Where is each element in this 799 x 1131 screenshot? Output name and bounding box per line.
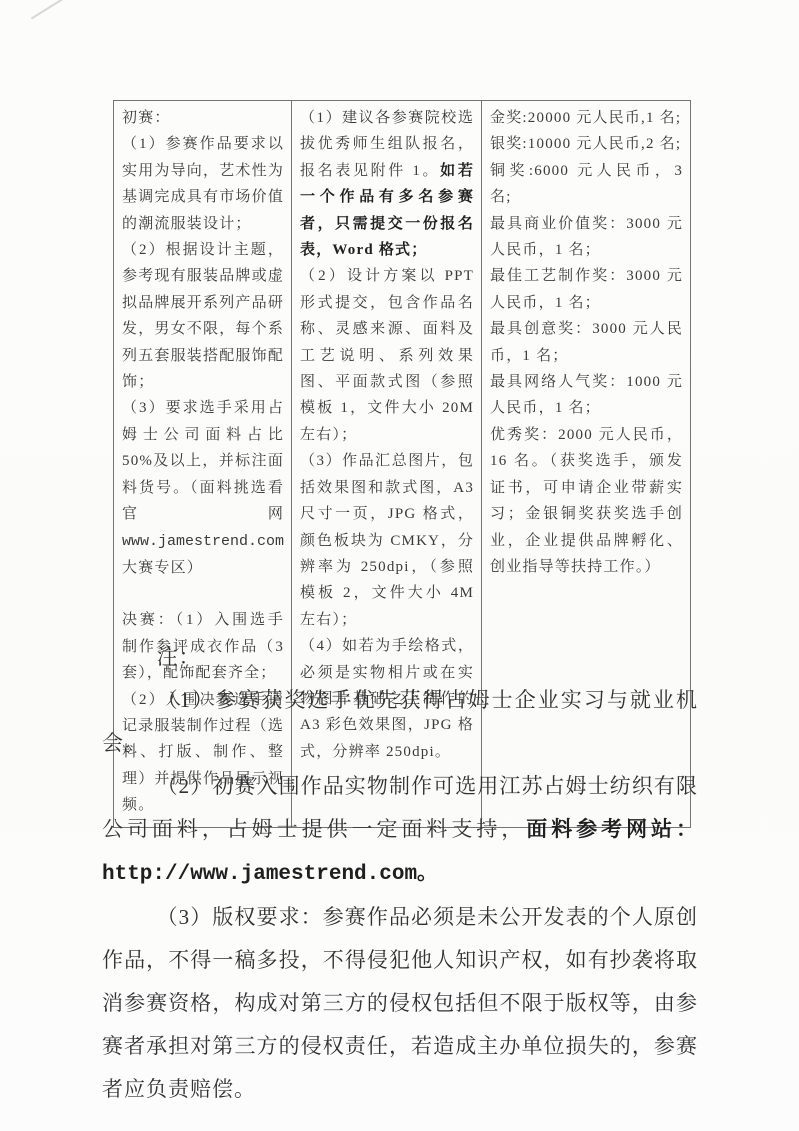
text-run: 铜奖:6000 元人民币，3 名; bbox=[490, 163, 683, 205]
text-run: http://www.jamestrend.com。 bbox=[102, 863, 438, 886]
text-run: 最佳工艺制作奖：3000 元人民币，1 名； bbox=[490, 268, 683, 310]
table-cell-paragraph: 最具创意奖：3000 元人民币，1 名； bbox=[490, 316, 683, 369]
table-cell-paragraph: 初赛： bbox=[122, 105, 284, 131]
text-run: 最具创意奖：3000 元人民币，1 名； bbox=[490, 321, 683, 363]
document-page: 初赛：（1）参赛作品要求以实用为导向，艺术性为基调完成具有市场价值的潮流服装设计… bbox=[0, 0, 799, 1131]
notes-label: 注： bbox=[102, 636, 698, 679]
text-run: （2）根据设计主题，参考现有服装品牌或虚拟品牌展开系列产品研发，男女不限，每个系… bbox=[122, 242, 284, 390]
text-run: 面料参考网站： bbox=[526, 817, 698, 841]
table-cell-paragraph: （1）建议各参赛院校选拔优秀师生组队报名，报名表见附件 1。如若一个作品有多名参… bbox=[300, 105, 474, 263]
table-cell-paragraph: （3）作品汇总图片，包括效果图和款式图，A3 尺寸一页，JPG 格式，颜色板块为… bbox=[300, 448, 474, 633]
text-run: 金奖:20000 元人民币,1 名; bbox=[490, 110, 681, 126]
table-cell-paragraph: （2）设计方案以 PPT 形式提交，包含作品名称、灵感来源、面料及工艺说明、系列… bbox=[300, 263, 474, 448]
table-cell-paragraph: （3）要求选手采用占姆士公司面料占比 50%及以上，并标注面料货号。（面料挑选看… bbox=[122, 395, 284, 581]
note-paragraph: （3）版权要求：参赛作品必须是未公开发表的个人原创作品，不得一稿多投，不得侵犯他… bbox=[102, 896, 698, 1111]
text-run: （3）作品汇总图片，包括效果图和款式图，A3 尺寸一页，JPG 格式，颜色板块为… bbox=[300, 453, 474, 627]
text-run: （3）版权要求：参赛作品必须是未公开发表的个人原创作品，不得一稿多投，不得侵犯他… bbox=[102, 905, 698, 1101]
table-cell-paragraph: 最佳工艺制作奖：3000 元人民币，1 名； bbox=[490, 263, 683, 316]
table-cell-paragraph: 最具商业价值奖：3000 元人民币，1 名； bbox=[490, 211, 683, 264]
text-run: （3）要求选手采用占姆士公司面料占比 50%及以上，并标注面料货号。（面料挑选看… bbox=[122, 400, 284, 522]
text-run: （2）设计方案以 PPT 形式提交，包含作品名称、灵感来源、面料及工艺说明、系列… bbox=[300, 268, 474, 442]
table-cell-paragraph bbox=[122, 581, 284, 607]
table-cell-paragraph: 银奖:10000 元人民币,2 名; bbox=[490, 131, 683, 157]
table-cell-paragraph: 最具网络人气奖：1000 元人民币，1 名； bbox=[490, 369, 683, 422]
note-paragraph: （1）参赛获奖选手优先获得占姆士企业实习与就业机会。 bbox=[102, 679, 698, 765]
table-cell-paragraph: 铜奖:6000 元人民币，3 名; bbox=[490, 158, 683, 211]
text-run: （1）参赛获奖选手优先获得占姆士企业实习与就业机会。 bbox=[102, 688, 698, 755]
text-run: www.jamestrend.com bbox=[122, 533, 284, 550]
text-run: 优秀奖：2000 元人民币，16 名。（获奖选手，颁发证书，可申请企业带薪实习；… bbox=[490, 427, 683, 575]
scan-artifact bbox=[31, 0, 69, 20]
table-cell-paragraph: 优秀奖：2000 元人民币，16 名。（获奖选手，颁发证书，可申请企业带薪实习；… bbox=[490, 422, 683, 580]
text-run: （1）参赛作品要求以实用为导向，艺术性为基调完成具有市场价值的潮流服装设计； bbox=[122, 136, 284, 231]
text-run: 银奖:10000 元人民币,2 名; bbox=[490, 136, 681, 152]
text-run: 最具商业价值奖：3000 元人民币，1 名； bbox=[490, 216, 683, 258]
notes-body: （1）参赛获奖选手优先获得占姆士企业实习与就业机会。（2）初赛入围作品实物制作可… bbox=[102, 679, 698, 1111]
notes-section: 注： （1）参赛获奖选手优先获得占姆士企业实习与就业机会。（2）初赛入围作品实物… bbox=[102, 636, 698, 1111]
text-run: 初赛： bbox=[122, 110, 171, 126]
table-cell-paragraph: （2）根据设计主题，参考现有服装品牌或虚拟品牌展开系列产品研发，男女不限，每个系… bbox=[122, 237, 284, 395]
text-run: 最具网络人气奖：1000 元人民币，1 名； bbox=[490, 374, 683, 416]
table-cell-paragraph: （1）参赛作品要求以实用为导向，艺术性为基调完成具有市场价值的潮流服装设计； bbox=[122, 131, 284, 237]
note-paragraph: （2）初赛入围作品实物制作可选用江苏占姆士纺织有限公司面料，占姆士提供一定面料支… bbox=[102, 765, 698, 896]
text-run: 大赛专区） bbox=[122, 560, 203, 576]
table-cell-paragraph: 金奖:20000 元人民币,1 名; bbox=[490, 105, 683, 131]
